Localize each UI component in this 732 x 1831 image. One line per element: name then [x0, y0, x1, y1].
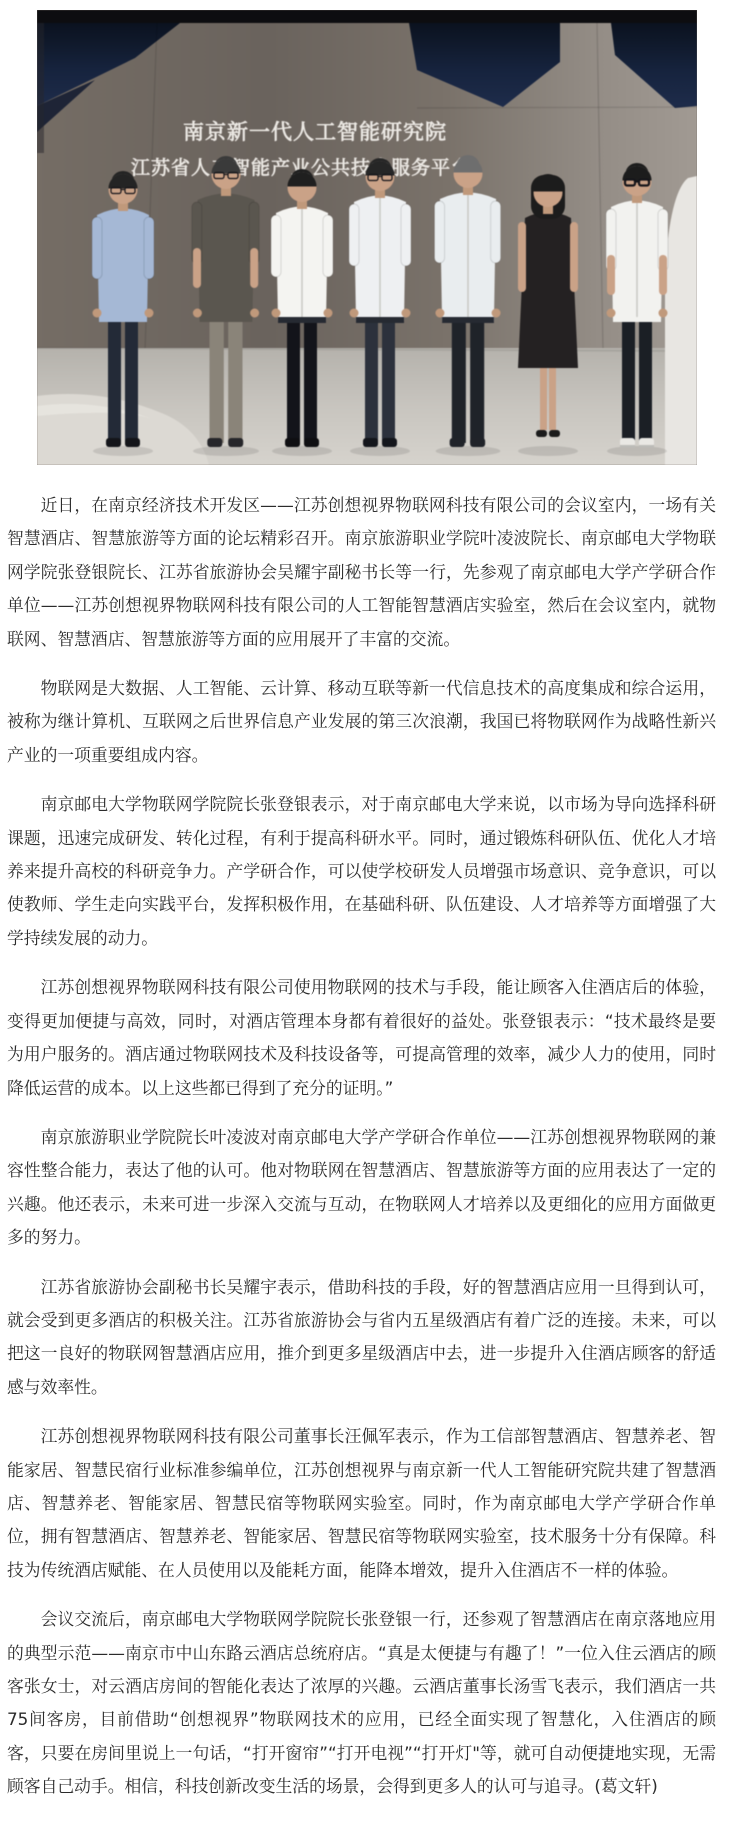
photo-ceiling-strip: [37, 10, 697, 23]
article-photo[interactable]: 南京新一代人工智能研究院 江苏省人工智能产业公共技术服务平台: [37, 10, 697, 465]
article-paragraph: 物联网是大数据、人工智能、云计算、移动互联等新一代信息技术的高度集成和综合运用，…: [7, 672, 716, 772]
article-paragraph: 南京邮电大学物联网学院院长张登银表示，对于南京邮电大学来说，以市场为导向选择科研…: [7, 788, 716, 955]
page-bottom-artifact: [617, 1824, 633, 1829]
article-paragraph: 近日，在南京经济技术开发区——江苏创想视界物联网科技有限公司的会议室内，一场有关…: [7, 489, 716, 656]
article-paragraph: 江苏创想视界物联网科技有限公司董事长汪佩军表示，作为工信部智慧酒店、智慧养老、智…: [7, 1420, 716, 1587]
group-photo-illustration: 南京新一代人工智能研究院 江苏省人工智能产业公共技术服务平台: [37, 10, 697, 465]
article-paragraph: 江苏创想视界物联网科技有限公司使用物联网的技术与手段，能让顾客入住酒店后的体验，…: [7, 971, 716, 1105]
article-paragraph: 会议交流后，南京邮电大学物联网学院院长张登银一行，还参观了智慧酒店在南京落地应用…: [7, 1603, 716, 1803]
article-page: { "photo": { "banner_line1": "南京新一代人工智能研…: [0, 0, 732, 1831]
article-body: 近日，在南京经济技术开发区——江苏创想视界物联网科技有限公司的会议室内，一场有关…: [0, 465, 732, 1820]
wall-corner-shadow: [37, 23, 44, 153]
wall-seam: [417, 107, 697, 108]
article-paragraph: 南京旅游职业学院院长叶凌波对南京邮电大学产学研合作单位——江苏创想视界物联网的兼…: [7, 1121, 716, 1255]
photo-banner-line1: 南京新一代人工智能研究院: [183, 120, 447, 144]
article-paragraph: 江苏省旅游协会副秘书长吴耀宇表示，借助科技的手段，好的智慧酒店应用一旦得到认可，…: [7, 1271, 716, 1405]
